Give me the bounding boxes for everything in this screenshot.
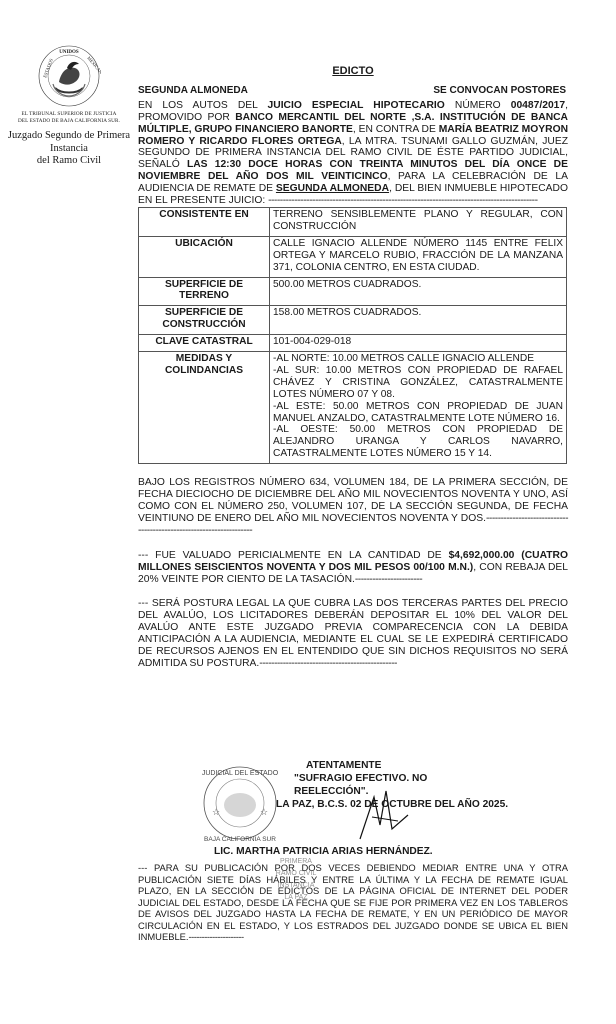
property-value-line: -AL NORTE: 10.00 METROS CALLE IGNACIO AL… <box>273 353 563 365</box>
svg-text:BAJA CALIFORNIA SUR: BAJA CALIFORNIA SUR <box>204 836 276 843</box>
property-field-value: -AL NORTE: 10.00 METROS CALLE IGNACIO AL… <box>270 352 567 464</box>
property-field-value: CALLE IGNACIO ALLENDE NÚMERO 1145 ENTRE … <box>270 236 567 277</box>
property-field-label: SUPERFICIE DE CONSTRUCCIÓN <box>139 306 270 335</box>
property-value-line: TERRENO SENSIBLEMENTE PLANO Y REGULAR, C… <box>273 209 563 233</box>
property-field-value: 158.00 METROS CUADRADOS. <box>270 306 567 335</box>
svg-text:☆: ☆ <box>260 807 268 817</box>
judicial-stamp-icon: JUDICIAL DEL ESTADO ☆ ☆ BAJA CALIFORNIA … <box>202 755 278 855</box>
signature-block: JUDICIAL DEL ESTADO ☆ ☆ BAJA CALIFORNIA … <box>202 755 562 865</box>
property-field-value: 500.00 METROS CUADRADOS. <box>270 277 567 306</box>
property-field-value: TERRENO SENSIBLEMENTE PLANO Y REGULAR, C… <box>270 207 567 236</box>
svg-text:☆: ☆ <box>212 807 220 817</box>
edict-subheading: SEGUNDA ALMONEDA SE CONVOCAN POSTORES <box>138 85 568 97</box>
property-table: CONSISTENTE ENTERRENO SENSIBLEMENTE PLAN… <box>138 207 567 464</box>
handwritten-signature-icon <box>352 777 412 847</box>
edict-body: EDICTO SEGUNDA ALMONEDA SE CONVOCAN POST… <box>138 66 568 670</box>
property-field-value: 101-004-029-018 <box>270 335 567 352</box>
table-row: UBICACIÓNCALLE IGNACIO ALLENDE NÚMERO 11… <box>139 236 567 277</box>
court-name: Juzgado Segundo de Primera Instancia del… <box>0 130 138 168</box>
tribunal-line-2: DEL ESTADO DE BAJA CALIFORNIA SUR. <box>0 118 138 125</box>
publication-paragraph: --- PARA SU PUBLICACIÓN POR DOS VECES DE… <box>138 862 568 943</box>
property-value-line: -AL OESTE: 50.00 METROS CON PROPIEDAD DE… <box>273 424 563 460</box>
valuation-paragraph: --- FUE VALUADO PERICIALMENTE EN LA CANT… <box>138 550 568 586</box>
property-value-line: 158.00 METROS CUADRADOS. <box>273 307 563 319</box>
auction-stage-inline: SEGUNDA ALMONEDA <box>276 183 389 194</box>
intro-text: EN LOS AUTOS DEL <box>138 100 268 111</box>
property-value-line: -AL ESTE: 50.00 METROS CON PROPIEDAD DE … <box>273 401 563 425</box>
signer-name: LIC. MARTHA PATRICIA ARIAS HERNÁNDEZ. <box>214 846 433 857</box>
court-line-3: del Ramo Civil <box>0 155 138 168</box>
property-value-line: 500.00 METROS CUADRADOS. <box>273 279 563 291</box>
property-field-label: UBICACIÓN <box>139 236 270 277</box>
table-row: MEDIDAS Y COLINDANCIAS-AL NORTE: 10.00 M… <box>139 352 567 464</box>
property-value-line: -AL SUR: 10.00 METROS CON PROPIEDAD DE R… <box>273 365 563 401</box>
filler-dashes: ----------------------- <box>355 574 422 585</box>
publication-text: --- PARA SU PUBLICACIÓN POR DOS VECES DE… <box>138 862 568 942</box>
auction-stage: SEGUNDA ALMONEDA <box>138 85 248 97</box>
filler-dashes: --------------------- <box>189 931 244 942</box>
court-line-2: Instancia <box>0 143 138 156</box>
property-value-line: 101-004-029-018 <box>273 336 563 348</box>
call-for-bidders: SE CONVOCAN POSTORES <box>433 85 566 97</box>
property-field-label: CONSISTENTE EN <box>139 207 270 236</box>
filler-dashes: ----------------------------------------… <box>268 195 537 206</box>
property-field-label: SUPERFICIE DE TERRENO <box>139 277 270 306</box>
court-header: UNIDOS ESTADOS MEXICANOS EL TRIBUNAL SUP… <box>0 44 138 168</box>
property-value-line: CALLE IGNACIO ALLENDE NÚMERO 1145 ENTRE … <box>273 238 563 274</box>
table-row: CONSISTENTE ENTERRENO SENSIBLEMENTE PLAN… <box>139 207 567 236</box>
svg-text:UNIDOS: UNIDOS <box>59 50 79 55</box>
valuation-text: --- FUE VALUADO PERICIALMENTE EN LA CANT… <box>138 550 449 561</box>
svg-text:ESTADOS: ESTADOS <box>42 57 54 78</box>
tribunal-name: EL TRIBUNAL SUPERIOR DE JUSTICIA DEL EST… <box>0 111 138 124</box>
registry-paragraph: BAJO LOS REGISTROS NÚMERO 634, VOLUMEN 1… <box>138 477 568 537</box>
edict-page: UNIDOS ESTADOS MEXICANOS EL TRIBUNAL SUP… <box>0 0 616 1024</box>
property-field-label: MEDIDAS Y COLINDANCIAS <box>139 352 270 464</box>
case-type: JUICIO ESPECIAL HIPOTECARIO <box>268 100 445 111</box>
court-line-1: Juzgado Segundo de Primera <box>0 130 138 143</box>
property-field-label: CLAVE CATASTRAL <box>139 335 270 352</box>
table-row: CLAVE CATASTRAL101-004-029-018 <box>139 335 567 352</box>
mexican-coat-of-arms-icon: UNIDOS ESTADOS MEXICANOS <box>37 44 101 108</box>
closing-salutation: ATENTAMENTE <box>272 759 472 772</box>
filler-dashes: ----------------------------------------… <box>259 658 397 669</box>
intro-text: , EN CONTRA DE <box>353 124 439 135</box>
bid-terms-paragraph: --- SERÁ POSTURA LEGAL LA QUE CUBRA LAS … <box>138 598 568 669</box>
table-row: SUPERFICIE DE TERRENO500.00 METROS CUADR… <box>139 277 567 306</box>
table-row: SUPERFICIE DE CONSTRUCCIÓN158.00 METROS … <box>139 306 567 335</box>
case-number: 00487/2017 <box>511 100 565 111</box>
page-title: EDICTO <box>138 66 568 78</box>
intro-text: NÚMERO <box>445 100 511 111</box>
svg-text:JUDICIAL DEL ESTADO: JUDICIAL DEL ESTADO <box>202 770 278 777</box>
intro-paragraph: EN LOS AUTOS DEL JUICIO ESPECIAL HIPOTEC… <box>138 100 568 207</box>
